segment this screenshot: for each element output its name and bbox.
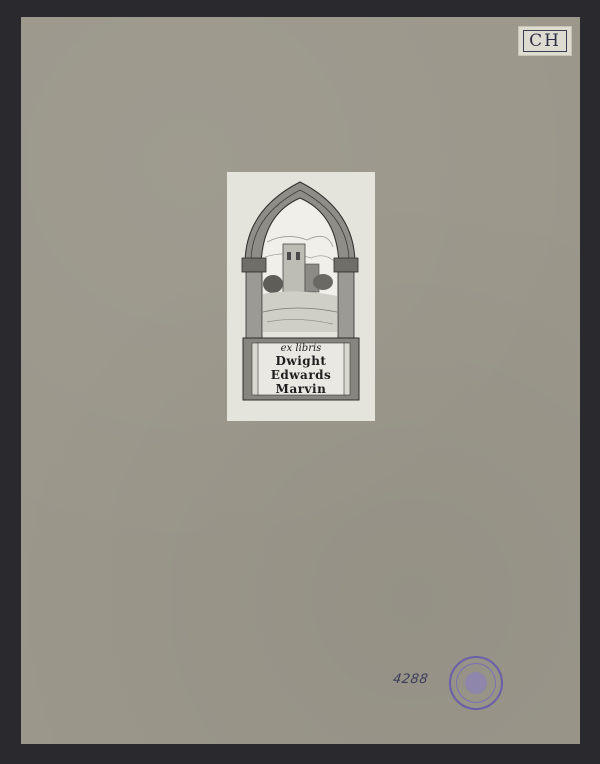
inventory-number: 4288 (392, 672, 429, 687)
owner-name-last: Marvin (263, 382, 339, 396)
collection-label: CH (518, 26, 572, 56)
collection-label-text: CH (523, 30, 567, 52)
bookplate-inscription: ex libris Dwight Edwards Marvin (263, 343, 339, 396)
stamp-emblem (465, 672, 487, 694)
exlibris-text: ex libris (263, 343, 339, 354)
owner-name-middle: Edwards (263, 368, 339, 382)
owner-name-first: Dwight (263, 354, 339, 368)
library-stamp-icon (449, 656, 503, 710)
